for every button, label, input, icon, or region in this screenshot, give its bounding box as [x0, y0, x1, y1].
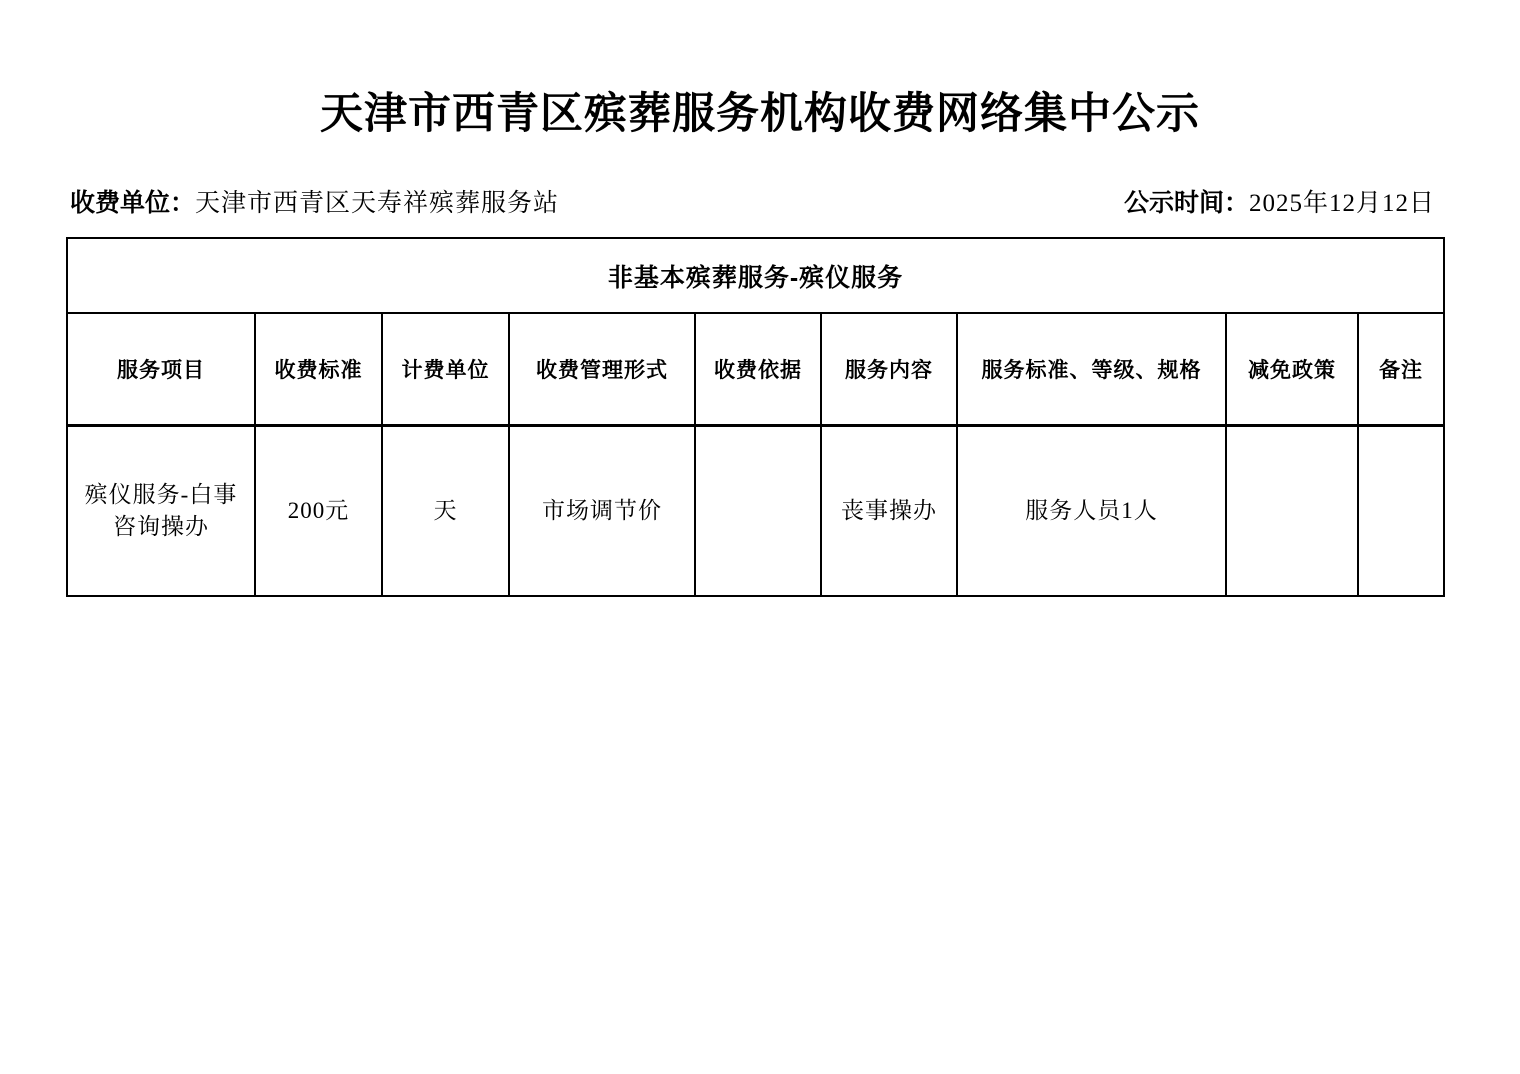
- table-row: 殡仪服务-白事 咨询操办 200元 天 市场调节价 丧事操办 服务人员1人: [67, 425, 1444, 596]
- charge-unit-value: 天津市西青区天寿祥殡葬服务站: [195, 190, 559, 217]
- col-header-charge-management-form: 收费管理形式: [509, 313, 695, 425]
- cell-service-content: 丧事操办: [821, 425, 957, 596]
- col-header-service-spec: 服务标准、等级、规格: [957, 313, 1226, 425]
- document-page: 天津市西青区殡葬服务机构收费网络集中公示 收费单位：天津市西青区天寿祥殡葬服务站…: [0, 0, 1520, 1074]
- publicity-time-value: 2025年12月12日: [1249, 190, 1435, 217]
- col-header-charge-standard: 收费标准: [255, 313, 382, 425]
- cell-charge-standard: 200元: [255, 425, 382, 596]
- table-group-header: 非基本殡葬服务-殡仪服务: [67, 238, 1444, 313]
- fee-table: 非基本殡葬服务-殡仪服务 服务项目 收费标准 计费单位 收费管理形式 收费依据 …: [66, 237, 1445, 597]
- page-title: 天津市西青区殡葬服务机构收费网络集中公示: [0, 88, 1520, 142]
- col-header-charge-basis: 收费依据: [695, 313, 821, 425]
- cell-charge-management-form: 市场调节价: [509, 425, 695, 596]
- cell-remark: [1358, 425, 1444, 596]
- col-header-reduction-policy: 减免政策: [1226, 313, 1358, 425]
- col-header-remark: 备注: [1358, 313, 1444, 425]
- table-group-header-row: 非基本殡葬服务-殡仪服务: [67, 238, 1444, 313]
- charge-unit-group: 收费单位：天津市西青区天寿祥殡葬服务站: [70, 188, 559, 219]
- publicity-time-group: 公示时间：2025年12月12日: [1124, 188, 1435, 219]
- cell-service-item: 殡仪服务-白事 咨询操办: [67, 425, 255, 596]
- cell-charge-basis: [695, 425, 821, 596]
- col-header-charge-unit: 计费单位: [382, 313, 509, 425]
- table-column-header-row: 服务项目 收费标准 计费单位 收费管理形式 收费依据 服务内容 服务标准、等级、…: [67, 313, 1444, 425]
- col-header-service-content: 服务内容: [821, 313, 957, 425]
- charge-unit-label: 收费单位：: [70, 189, 195, 217]
- col-header-service-item: 服务项目: [67, 313, 255, 425]
- info-line: 收费单位：天津市西青区天寿祥殡葬服务站 公示时间：2025年12月12日: [70, 188, 1435, 219]
- publicity-time-label: 公示时间：: [1124, 189, 1249, 217]
- cell-charge-unit: 天: [382, 425, 509, 596]
- cell-reduction-policy: [1226, 425, 1358, 596]
- cell-service-spec: 服务人员1人: [957, 425, 1226, 596]
